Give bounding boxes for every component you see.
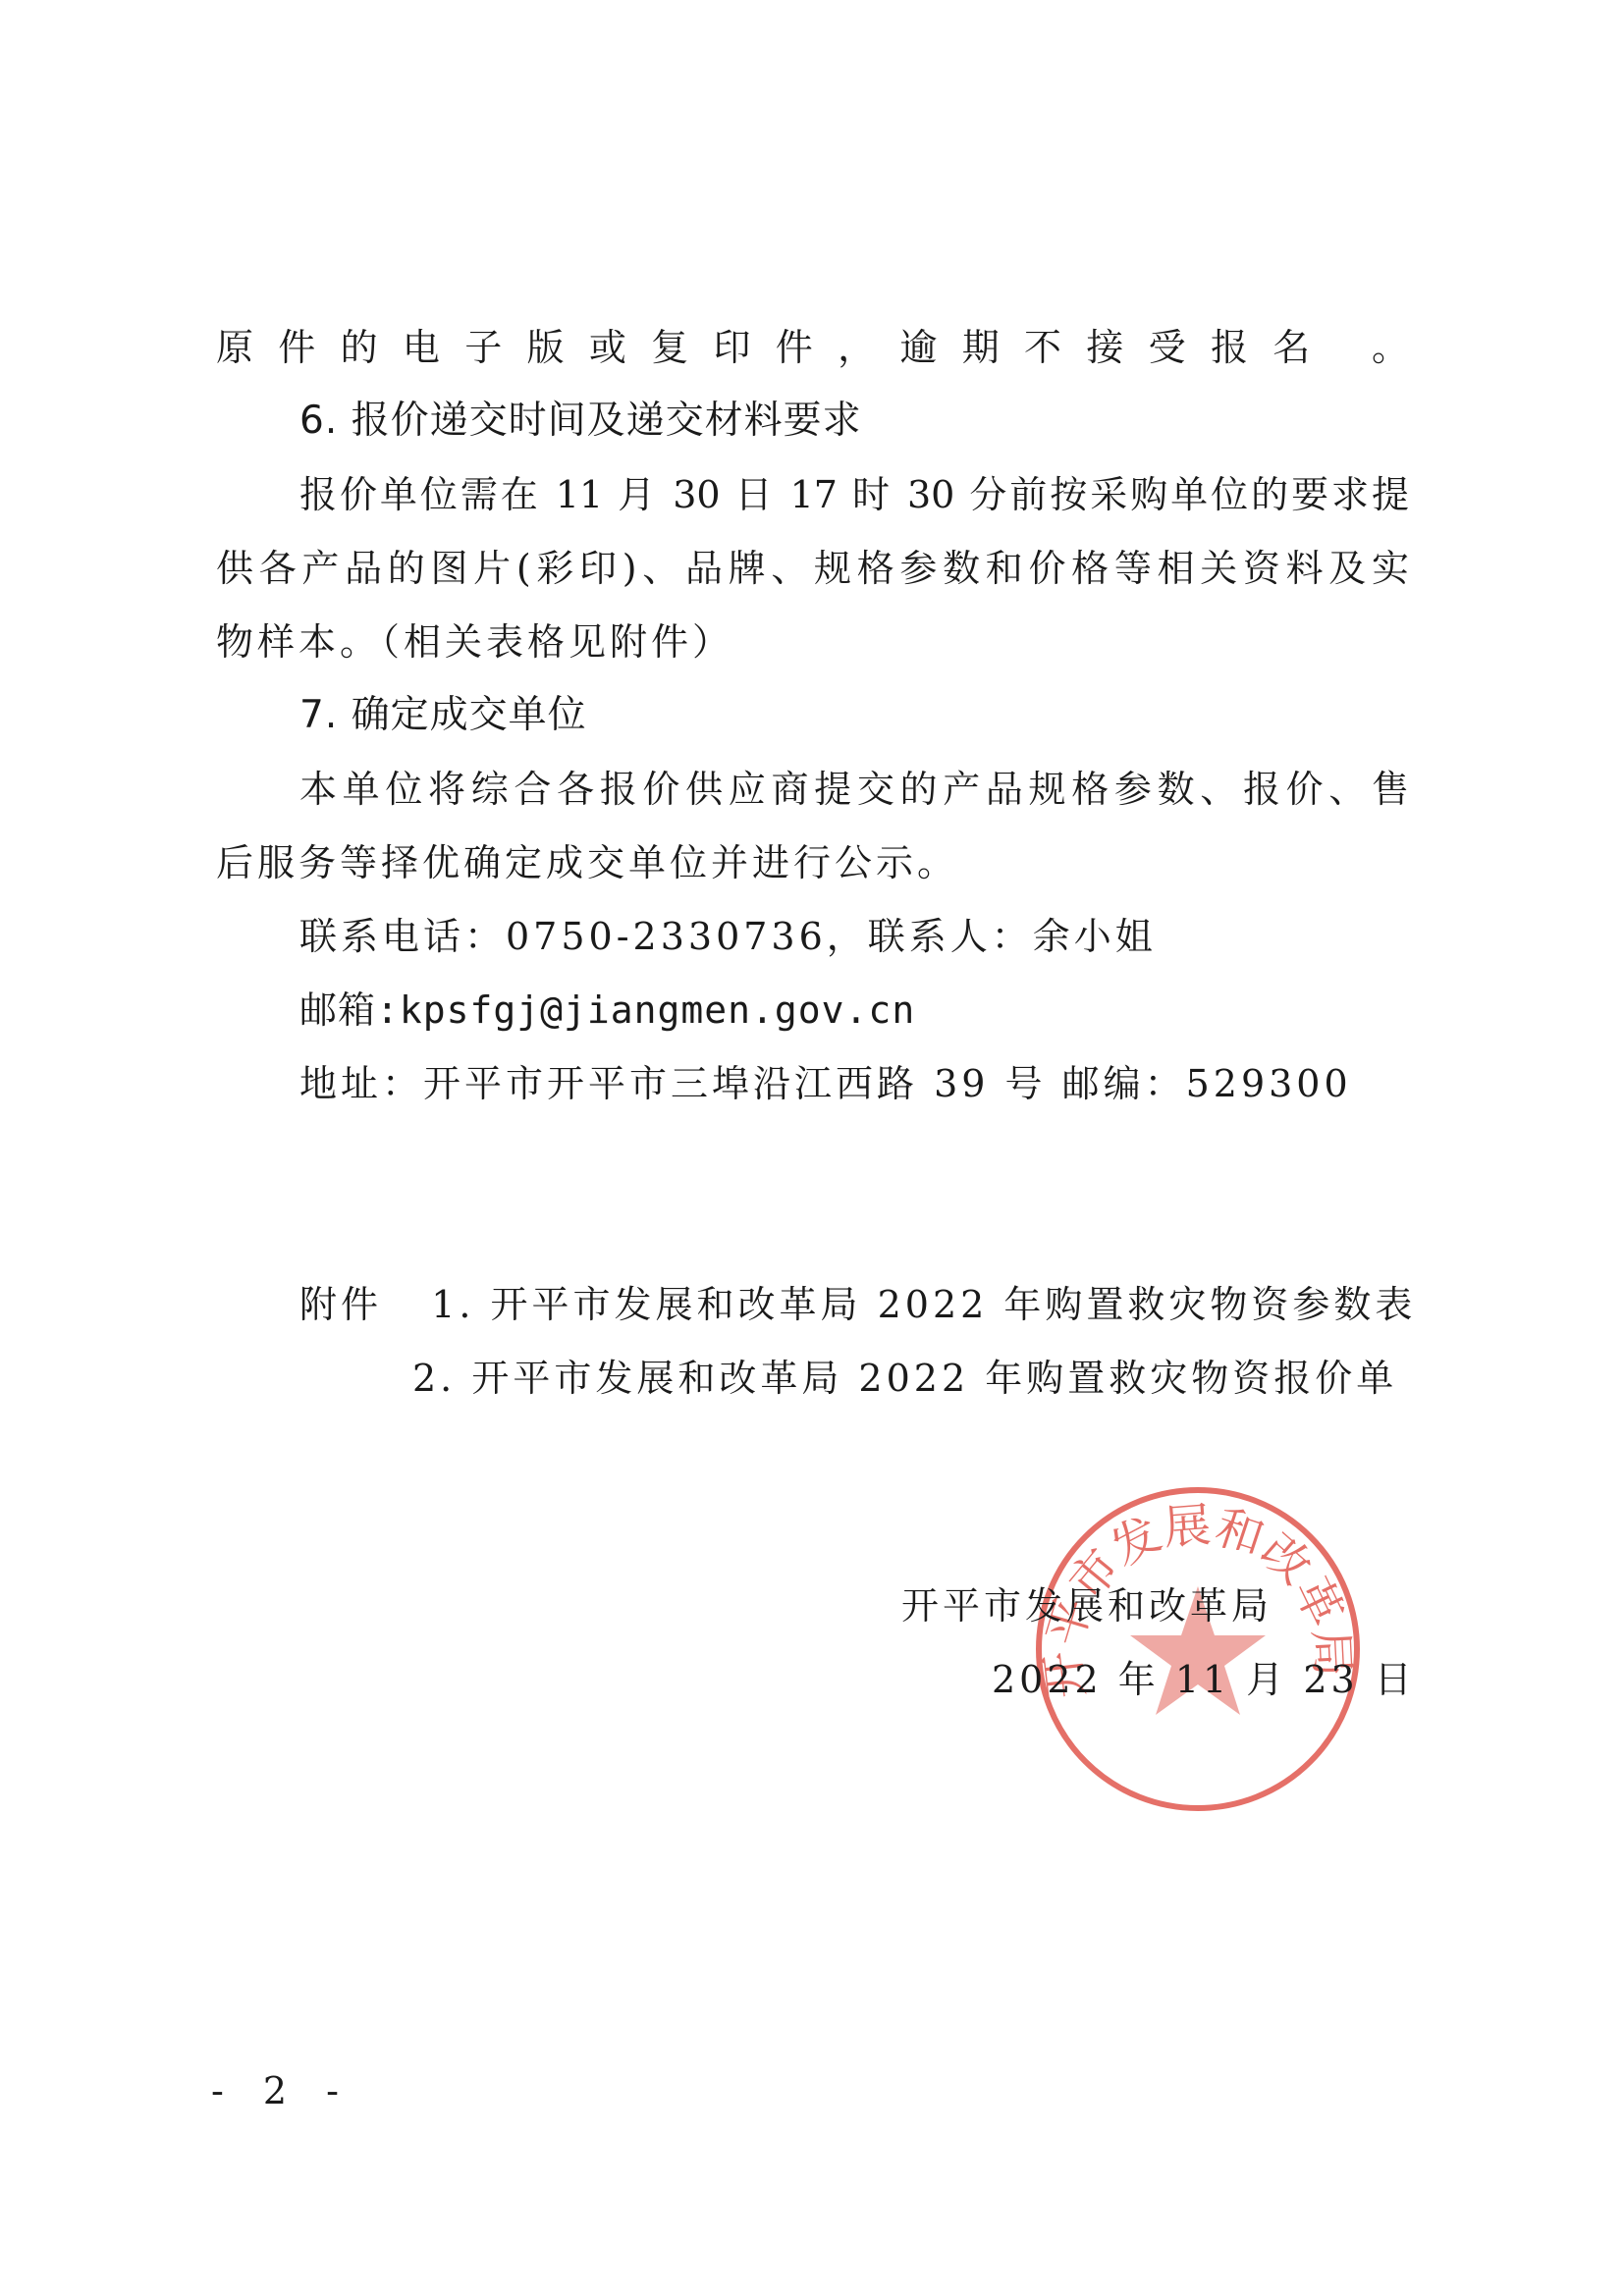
- attachments-block: 附件 1. 开平市发展和改革局 2022 年购置救灾物资参数表: [299, 1281, 1416, 1328]
- contact-phone: 联系电话：0750-2330736，联系人：余小姐: [299, 913, 1409, 960]
- attachments-label: 附件: [299, 1283, 382, 1326]
- paragraph-line: 供各产品的图片(彩印)、品牌、规格参数和价格等相关资料及实: [216, 545, 1409, 592]
- signature-date: 2022 年 11 月 23 日: [992, 1649, 1416, 1703]
- section-heading-6: 6. 报价递交时间及递交材料要求: [299, 398, 1409, 445]
- paragraph-line: 原件的电子版或复印件，逾期不接受报名 。: [216, 324, 1409, 371]
- page-number: - 2 -: [211, 2069, 352, 2112]
- paragraph-line: 物样本。（相关表格见附件）: [216, 618, 1409, 666]
- paragraph-line: 报价单位需在 11 月 30 日 17 时 30 分前按采购单位的要求提: [299, 471, 1409, 518]
- signature-org: 开平市发展和改革局: [901, 1575, 1272, 1629]
- section-heading-7: 7. 确定成交单位: [299, 692, 1409, 739]
- contact-address: 地址：开平市开平市三埠沿江西路 39 号 邮编：529300: [299, 1060, 1409, 1107]
- paragraph-line: 本单位将综合各报价供应商提交的产品规格参数、报价、售: [299, 766, 1409, 813]
- attachment-item-2: 2. 开平市发展和改革局 2022 年购置救灾物资报价单: [412, 1355, 1397, 1402]
- paragraph-line: 后服务等择优确定成交单位并进行公示。: [216, 839, 1409, 886]
- attachment-item-1: 1. 开平市发展和改革局 2022 年购置救灾物资参数表: [431, 1283, 1416, 1326]
- contact-email: 邮箱:kpsfgj@jiangmen.gov.cn: [299, 987, 1409, 1034]
